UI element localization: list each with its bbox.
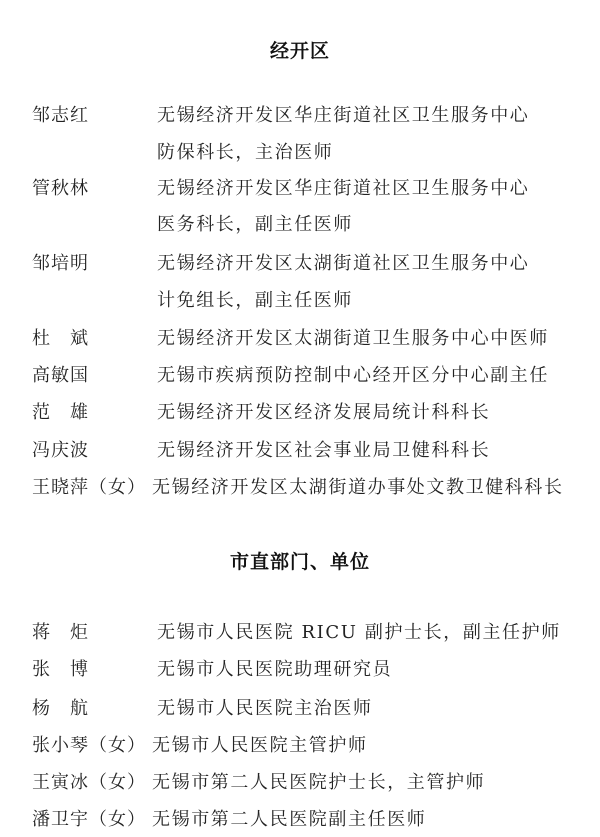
person-position: 无锡市人民医院主管护师 — [152, 733, 368, 759]
person-name: 王晓萍（女） — [32, 475, 146, 501]
person-name: 张 博 — [32, 657, 89, 683]
person-name: 范 雄 — [32, 400, 89, 426]
person-name: 杜 斌 — [32, 326, 89, 352]
section-title-jingkaiqu: 经开区 — [0, 36, 600, 63]
list-item: 张小琴（女） 无锡市人民医院主管护师 — [0, 733, 600, 759]
person-position-cont: 防保科长，主治医师 — [157, 140, 333, 166]
list-item: 王晓萍（女） 无锡经济开发区太湖街道办事处文教卫健科科长 — [0, 475, 600, 501]
list-item: 潘卫宇（女） 无锡市第二人民医院副主任医师 — [0, 807, 600, 833]
person-position: 无锡市人民医院助理研究员 — [157, 657, 392, 683]
person-position: 无锡经济开发区华庄街道社区卫生服务中心 — [157, 103, 529, 129]
person-position: 无锡市疾病预防控制中心经开区分中心副主任 — [157, 363, 549, 389]
person-position: 无锡经济开发区社会事业局卫健科科长 — [157, 438, 490, 464]
person-position-cont: 医务科长，副主任医师 — [157, 212, 353, 238]
list-item: 蒋 炬 无锡市人民医院 RICU 副护士长，副主任护师 — [0, 620, 600, 646]
list-item: 张 博 无锡市人民医院助理研究员 — [0, 657, 600, 683]
person-position: 无锡经济开发区太湖街道卫生服务中心中医师 — [157, 326, 549, 352]
list-item: 杨 航 无锡市人民医院主治医师 — [0, 696, 600, 722]
person-position: 无锡市第二人民医院副主任医师 — [152, 807, 426, 833]
person-name: 邹培明 — [32, 251, 89, 277]
list-item: 王寅冰（女） 无锡市第二人民医院护士长，主管护师 — [0, 770, 600, 796]
list-item: 范 雄 无锡经济开发区经济发展局统计科科长 — [0, 400, 600, 426]
person-name: 杨 航 — [32, 696, 89, 722]
list-item: 管秋林 无锡经济开发区华庄街道社区卫生服务中心 — [0, 176, 600, 202]
person-name: 邹志红 — [32, 103, 89, 129]
person-position: 无锡市人民医院 RICU 副护士长，副主任护师 — [157, 620, 561, 646]
list-item-continuation: 防保科长，主治医师 — [0, 140, 600, 166]
list-item-continuation: 计免组长，副主任医师 — [0, 288, 600, 314]
section-title-city-departments: 市直部门、单位 — [0, 547, 600, 574]
person-position: 无锡经济开发区华庄街道社区卫生服务中心 — [157, 176, 529, 202]
person-name: 冯庆波 — [32, 438, 89, 464]
person-name: 张小琴（女） — [32, 733, 146, 759]
person-name: 管秋林 — [32, 176, 89, 202]
person-name: 王寅冰（女） — [32, 770, 146, 796]
person-position: 无锡经济开发区太湖街道社区卫生服务中心 — [157, 251, 529, 277]
list-item: 冯庆波 无锡经济开发区社会事业局卫健科科长 — [0, 438, 600, 464]
list-item-continuation: 医务科长，副主任医师 — [0, 212, 600, 238]
list-item: 杜 斌 无锡经济开发区太湖街道卫生服务中心中医师 — [0, 326, 600, 352]
person-position: 无锡经济开发区经济发展局统计科科长 — [157, 400, 490, 426]
list-item: 邹志红 无锡经济开发区华庄街道社区卫生服务中心 — [0, 103, 600, 129]
person-name: 蒋 炬 — [32, 620, 89, 646]
person-position: 无锡市人民医院主治医师 — [157, 696, 373, 722]
list-item: 高敏国 无锡市疾病预防控制中心经开区分中心副主任 — [0, 363, 600, 389]
person-position: 无锡市第二人民医院护士长，主管护师 — [152, 770, 485, 796]
person-position: 无锡经济开发区太湖街道办事处文教卫健科科长 — [152, 475, 564, 501]
list-item: 邹培明 无锡经济开发区太湖街道社区卫生服务中心 — [0, 251, 600, 277]
person-name: 高敏国 — [32, 363, 89, 389]
person-position-cont: 计免组长，副主任医师 — [157, 288, 353, 314]
person-name: 潘卫宇（女） — [32, 807, 146, 833]
